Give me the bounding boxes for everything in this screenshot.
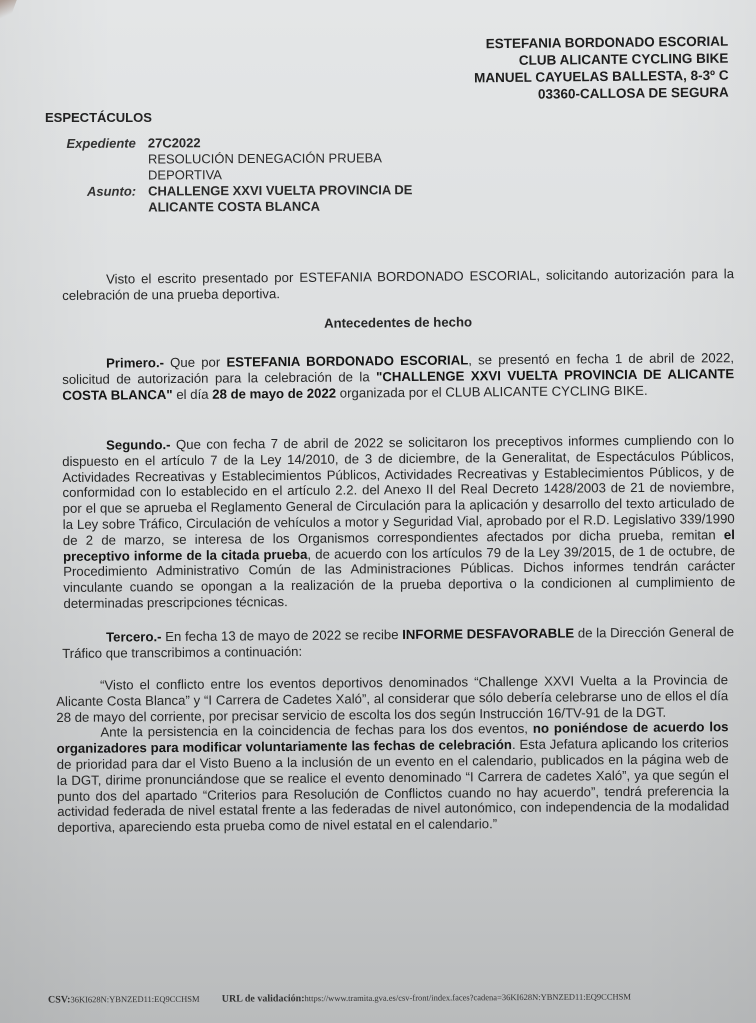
recipient-city: 03360-CALLOSA DE SEGURA xyxy=(474,84,729,104)
primero-text-1: Que por xyxy=(164,355,227,371)
quote-paragraph-1: “Visto el conflicto entre los eventos de… xyxy=(56,672,728,725)
paragraph-primero: Primero.- Que por ESTEFANIA BORDONADO ES… xyxy=(62,350,734,403)
url-label: URL de validación: xyxy=(222,993,305,1004)
csv-label: CSV: xyxy=(48,994,70,1005)
expediente-value: 27C2022 xyxy=(148,134,448,152)
recipient-address: ESTEFANIA BORDONADO ESCORIAL CLUB ALICAN… xyxy=(473,33,728,104)
paragraph-tercero: Tercero.- En fecha 13 de mayo de 2022 se… xyxy=(62,624,734,661)
primero-label: Primero.- xyxy=(106,355,164,371)
asunto-label: Asunto: xyxy=(56,168,148,216)
tercero-bold-1: INFORME DESFAVORABLE xyxy=(402,626,574,643)
primero-text-3: el día xyxy=(173,386,213,401)
intro-text: Visto el escrito presentado por ESTEFANI… xyxy=(62,266,734,303)
quote-paragraph-2: Ante la persistencia en la coincidencia … xyxy=(56,720,729,836)
page-edge-shadow xyxy=(0,0,21,55)
section-heading: Antecedentes de hecho xyxy=(62,312,734,334)
paragraph-segundo: Segundo.- Que con fecha 7 de abril de 20… xyxy=(62,432,735,612)
csv-value: 36KI628N:YBNZED11:EQ9CCHSM xyxy=(70,994,199,1005)
primero-text-4: organizada por el CLUB ALICANTE CYCLING … xyxy=(336,382,648,400)
primero-bold-3: 28 de mayo de 2022 xyxy=(212,385,336,401)
quoted-report: “Visto el conflicto entre los eventos de… xyxy=(56,672,729,836)
asunto-line-2: CHALLENGE XXVI VUELTA PROVINCIA DE ALICA… xyxy=(148,166,448,216)
validation-footer: CSV:36KI628N:YBNZED11:EQ9CCHSM URL de va… xyxy=(48,991,631,1005)
intro-paragraph: Visto el escrito presentado por ESTEFANI… xyxy=(62,266,734,303)
department-heading: ESPECTÁCULOS xyxy=(45,110,152,125)
document-meta: Expediente 27C2022 RESOLUCIÓN DENEGACIÓN… xyxy=(56,134,448,216)
validation-url[interactable]: https://www.tramita.gva.es/csv-front/ind… xyxy=(305,991,631,1003)
primero-bold-1: ESTEFANIA BORDONADO ESCORIAL xyxy=(226,352,468,369)
tercero-label: Tercero.- xyxy=(106,629,162,644)
tercero-text-1: En fecha 13 de mayo de 2022 se recibe xyxy=(161,627,402,644)
segundo-label: Segundo.- xyxy=(106,437,171,453)
expediente-label: Expediente xyxy=(56,136,148,152)
